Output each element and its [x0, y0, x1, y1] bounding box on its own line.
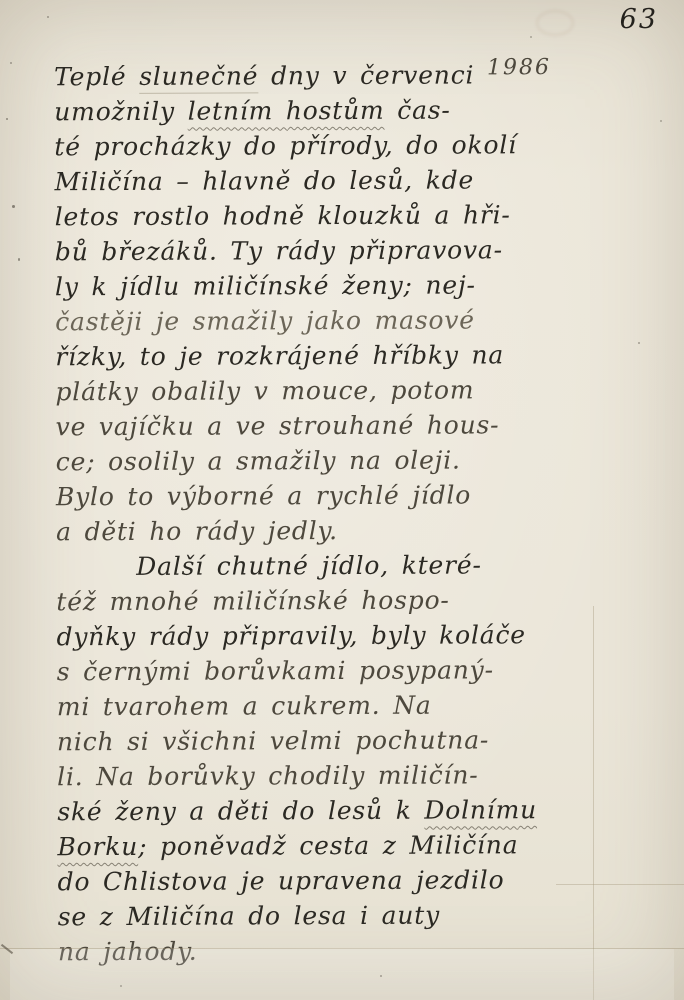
handwritten-line: té procházky do přírody, do okolí [54, 127, 634, 165]
handwritten-line: ce; osolily a smažily na oleji. [56, 442, 636, 480]
line-text: ; poněvadž cesta z Miličína [138, 830, 518, 861]
line-text: ve vajíčku a ve strouhané hous- [56, 410, 500, 441]
line-text: mi tvarohem a cukrem. Na [57, 691, 432, 722]
line-text: Další chutné jídlo, které- [136, 550, 482, 581]
line-text: do Chlistova je upravena jezdilo [58, 865, 505, 896]
handwritten-line: s černými borůvkami posypaný- [57, 652, 637, 690]
handwritten-line: řízky, to je rozkrájené hříbky na [55, 337, 635, 375]
handwritten-line: Bylo to výborné a rychlé jídlo [56, 477, 636, 515]
page-number: 63 [620, 4, 658, 35]
line-text: též mnohé miličínské hospo- [56, 586, 449, 617]
paper-speck [18, 258, 20, 261]
handwritten-line: li. Na borůvky chodily miličín- [57, 757, 637, 795]
paper-crease-vertical [593, 606, 594, 1000]
paper-speck [380, 975, 382, 977]
handwritten-line: umožnily letním hostům čas- [54, 92, 634, 130]
handwritten-line: ské ženy a děti do lesů k Dolnímu [57, 792, 637, 830]
line-text: li. Na borůvky chodily miličín- [57, 760, 478, 791]
handwritten-line: nich si všichni velmi pochutna- [57, 722, 637, 760]
line-text: se z Miličína do lesa i auty [58, 901, 440, 932]
line-text: dny v červenci [258, 60, 487, 90]
handwritten-line: častěji je smažily jako masové [55, 302, 635, 340]
line-text: plátky obalily v mouce, potom [55, 375, 474, 406]
year-annotation: 1986 [487, 55, 551, 80]
line-text: Miličína – hlavně do lesů, kde [54, 165, 474, 196]
handwritten-text: Teplé slunečné dny v červenci 1986umožni… [54, 57, 638, 970]
line-text: Teplé [54, 62, 139, 91]
line-text: čas- [384, 96, 450, 125]
line-text: a děti ho rády jedly. [56, 516, 338, 546]
line-text: slunečné [139, 61, 258, 91]
line-text: dyňky rády připravily, byly koláče [56, 620, 525, 651]
paper-speck [6, 118, 8, 120]
line-text: častěji je smažily jako masové [55, 305, 475, 336]
paper-speck [10, 62, 12, 64]
handwritten-line: a děti ho rády jedly. [56, 512, 636, 550]
handwritten-line: Miličína – hlavně do lesů, kde [54, 162, 634, 200]
line-text: řízky, to je rozkrájené hříbky na [55, 340, 504, 371]
handwritten-line: ly k jídlu miličínské ženy; nej- [55, 267, 635, 305]
paper-crease-horizontal-short [556, 884, 684, 885]
line-text: ce; osolily a smažily na oleji. [56, 445, 461, 476]
handwritten-line: bů březáků. Ty rády připravova- [55, 232, 635, 270]
paper-speck [12, 205, 15, 208]
paper-speck [530, 36, 532, 38]
underlined-word: Dolnímu [424, 795, 537, 824]
chronicle-page: 63 Teplé slunečné dny v červenci 1986umo… [0, 0, 684, 1000]
handwritten-line: mi tvarohem a cukrem. Na [57, 687, 637, 725]
underlined-word: Borku [57, 832, 138, 861]
line-text: letos rostlo hodně klouzků a hři- [55, 200, 511, 231]
handwritten-line: letos rostlo hodně klouzků a hři- [55, 197, 635, 235]
faint-stamp-mark [536, 10, 574, 36]
handwritten-line: dyňky rády připravily, byly koláče [56, 617, 636, 655]
handwritten-line: plátky obalily v mouce, potom [55, 372, 635, 410]
line-text: ly k jídlu miličínské ženy; nej- [55, 270, 476, 301]
line-text: nich si všichni velmi pochutna- [57, 725, 489, 756]
handwritten-line: Další chutné jídlo, které- [56, 547, 636, 585]
paper-bottom-band [10, 949, 674, 1000]
line-text: umožnily [54, 97, 188, 127]
line-text: ské ženy a děti do lesů k [57, 796, 424, 827]
handwritten-line: Teplé slunečné dny v červenci 1986 [54, 57, 634, 95]
handwritten-line: Borku; poněvadž cesta z Miličína [57, 827, 637, 865]
underlined-word: letním hostům [188, 96, 385, 126]
handwritten-line: též mnohé miličínské hospo- [56, 582, 636, 620]
handwritten-line: do Chlistova je upravena jezdilo [58, 862, 638, 900]
line-text: bů březáků. Ty rády připravova- [55, 235, 503, 266]
paper-speck [120, 985, 122, 987]
line-text: té procházky do přírody, do okolí [54, 130, 517, 161]
paper-speck [47, 16, 49, 18]
handwritten-line: se z Miličína do lesa i auty [58, 897, 638, 935]
handwritten-line: ve vajíčku a ve strouhané hous- [56, 407, 636, 445]
paper-speck [660, 120, 662, 122]
line-text: s černými borůvkami posypaný- [57, 655, 494, 686]
paper-speck [638, 342, 640, 344]
line-text: Bylo to výborné a rychlé jídlo [56, 480, 471, 511]
